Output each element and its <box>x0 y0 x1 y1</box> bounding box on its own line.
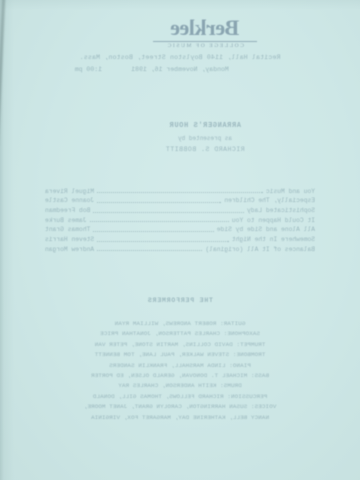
performers-heading: THE PERFORMERS <box>35 297 325 304</box>
scanned-page: Berklee COLLEGE OF MUSIC Recital Hall, 1… <box>0 0 360 480</box>
recital-director: RICHARD S. BOBBITT <box>85 146 325 153</box>
performers-roster: GUITAR: ROBERT ANDREWS, WILLIAM RYAN SAX… <box>30 319 330 423</box>
event-date: Monday, November 16, 1981 <box>131 66 229 73</box>
performer-line: GUITAR: ROBERT ANDREWS, WILLIAM RYAN <box>30 319 330 329</box>
program-list: You and Music Miguel Rivera Especially, … <box>45 185 315 253</box>
dot-leader <box>97 202 221 203</box>
piece-title: You and Music <box>266 188 315 195</box>
program-line: Somewhere In the Night Steven Harris <box>45 233 315 243</box>
dot-leader <box>93 231 213 232</box>
performer-line: BASS: MICHAEL T. DONOVAN, GERALD OLSEN, … <box>30 371 330 381</box>
performer-line: PERCUSSION: RICHARD FELLOWS, THOMAS GILL… <box>30 392 330 402</box>
performer-line: TRUMPET: DAVID COLLINS, MARTIN STONE, PE… <box>30 340 330 350</box>
piece-performer: Steven Harris <box>45 236 94 243</box>
masthead: Berklee COLLEGE OF MUSIC <box>145 16 265 49</box>
performer-line: VOICES: SUSAN HARRINGTON, CAROLYN GRANT,… <box>30 402 330 412</box>
performer-line: PIANO: LINDA MARSHALL, FRANKLIN SANDERS <box>30 361 330 371</box>
piece-title: It Could Happen to You <box>232 217 315 224</box>
piece-performer: Joanne Castle <box>45 197 94 204</box>
performer-line: NANCY BELL, KATHERINE DAY, MARGARET FOX,… <box>30 413 330 423</box>
performer-line: SAXOPHONE: CHARLES PATTERSON, JONATHAN P… <box>30 329 330 339</box>
piece-performer: Miguel Rivera <box>45 188 94 195</box>
event-time: 1:00 pm <box>75 66 102 73</box>
venue-address: Recital Hall, 1140 Boylston Street, Bost… <box>40 54 320 61</box>
dot-leader <box>90 221 229 222</box>
program-line: Balances of It All (original) Andrew Mor… <box>45 243 315 253</box>
recital-subtitle: as presented by <box>85 135 325 142</box>
piece-performer: Andrew Morgan <box>45 246 94 253</box>
bleed-through-layer: Berklee COLLEGE OF MUSIC Recital Hall, 1… <box>0 0 360 480</box>
dot-leader <box>93 212 244 213</box>
piece-title: Somewhere In the Night <box>232 236 315 243</box>
program-line: You and Music Miguel Rivera <box>45 185 315 195</box>
performer-line: TROMBONE: STEVEN WALKER, PAUL LANE, TOM … <box>30 350 330 360</box>
piece-performer: Bob Freedman <box>45 207 90 214</box>
recital-title: ARRANGER'S HOUR <box>85 122 325 130</box>
piece-title: Balances of It All (original) <box>205 246 315 253</box>
piece-title: Sophisticated Lady <box>247 207 315 214</box>
program-line: Sophisticated Lady Bob Freedman <box>45 204 315 214</box>
program-line: All Alone and Side by Side Thomas Grant <box>45 224 315 234</box>
piece-performer: Thomas Grant <box>45 226 90 233</box>
dot-leader <box>97 250 202 251</box>
berklee-logo: Berklee <box>145 16 265 40</box>
recital-title-block: ARRANGER'S HOUR as presented by RICHARD … <box>85 122 325 153</box>
logo-rule <box>153 41 257 42</box>
dot-leader <box>97 241 229 242</box>
performer-line: DRUMS: KEITH ANDERSON, CHARLES RAY <box>30 381 330 391</box>
program-line: It Could Happen to You James Burke <box>45 214 315 224</box>
program-line: Especially, The Children Joanne Castle <box>45 195 315 205</box>
piece-performer: James Burke <box>45 217 87 224</box>
event-date-line: Monday, November 16, 1981 1:00 pm <box>40 66 320 73</box>
piece-title: All Alone and Side by Side <box>217 226 315 233</box>
dot-leader <box>97 192 263 193</box>
piece-title: Especially, The Children <box>224 197 315 204</box>
logo-subtitle: COLLEGE OF MUSIC <box>145 43 265 49</box>
